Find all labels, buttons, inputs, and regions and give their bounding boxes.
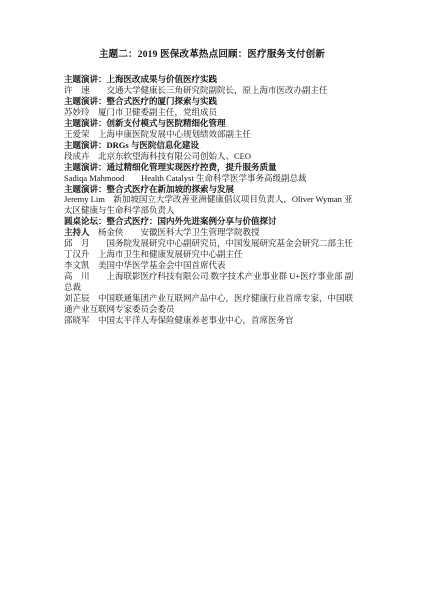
speaker-text: Sadiqa Mahmood Health Catalyst 生命科学医学事务高… xyxy=(64,173,306,183)
topic-header-text: 主题演讲：整合式医疗在新加坡的探索与发展 xyxy=(64,184,234,194)
speaker-line: Sadiqa Mahmood Health Catalyst 生命科学医学事务高… xyxy=(64,173,358,184)
topic-header-text: 主题演讲：创新支付模式与医院精细化管理 xyxy=(64,118,226,128)
panelist-line: 李文凯 美国中华医学基金会中国首席代表 xyxy=(64,260,358,271)
moderator-line: 主持人 杨金侠 安徽医科大学卫生管理学院教授 xyxy=(64,227,358,238)
moderator-label: 主持人 xyxy=(64,227,90,237)
topic-header-text: 主题演讲：DRGs 与医院信息化建设 xyxy=(64,140,199,150)
panelist-line: 邵晓军 中国太平洋人寿保险健康养老事业中心，首席医务官 xyxy=(64,315,358,326)
topic-header: 主题演讲：上海医改成果与价值医疗实践 xyxy=(64,74,358,85)
panelist-line: 邱 月 国务院发展研究中心副研究员，中国发展研究基金会研究二部主任 xyxy=(64,238,358,249)
topic-header: 主题演讲：整合式医疗在新加坡的探索与发展 xyxy=(64,184,358,195)
speaker-line: 王爱荣 上海申康医院发展中心规划绩效部副主任 xyxy=(64,129,358,140)
panelist-line: 丁汉升 上海市卫生和健康发展研究中心副主任 xyxy=(64,249,358,260)
speaker-text: 苏妙玲 厦门市卫健委副主任，党组成员 xyxy=(64,107,217,117)
speaker-line: 段成卉 北京东软望海科技有限公司创始人、CEO xyxy=(64,151,358,162)
moderator-text: 杨金侠 安徽医科大学卫生管理学院教授 xyxy=(90,227,260,237)
speaker-text: Jeremy Lim 新加坡国立大学改善亚洲健康倡议项目负责人，Oliver W… xyxy=(64,194,353,215)
topic-header: 主题演讲：整合式医疗的厦门探索与实践 xyxy=(64,96,358,107)
speaker-line: 许 速 交通大学健康长三角研究院副院长，原上海市医改办副主任 xyxy=(64,85,358,96)
topic-header-text: 主题演讲：通过精细化管理实现医疗控费，提升服务质量 xyxy=(64,162,277,172)
panelist-text: 丁汉升 上海市卫生和健康发展研究中心副主任 xyxy=(64,249,243,259)
panelist-text: 刘芷辰 中国联通集团产业互联网产品中心，医疗健康行业首席专家，中国联通产业互联网… xyxy=(64,293,353,314)
agenda-body: 主题演讲：上海医改成果与价值医疗实践 许 速 交通大学健康长三角研究院副院长，原… xyxy=(64,74,358,326)
topic-header: 主题演讲：创新支付模式与医院精细化管理 xyxy=(64,118,358,129)
topic-header-text: 主题演讲：整合式医疗的厦门探索与实践 xyxy=(64,96,217,106)
topic-header-text: 主题演讲：上海医改成果与价值医疗实践 xyxy=(64,74,217,84)
speaker-text: 许 速 交通大学健康长三角研究院副院长，原上海市医改办副主任 xyxy=(64,85,328,95)
speaker-text: 段成卉 北京东软望海科技有限公司创始人、CEO xyxy=(64,151,251,161)
panelist-text: 邱 月 国务院发展研究中心副研究员，中国发展研究基金会研究二部主任 xyxy=(64,238,353,248)
panelist-text: 邵晓军 中国太平洋人寿保险健康养老事业中心，首席医务官 xyxy=(64,315,294,325)
speaker-line: 苏妙玲 厦门市卫健委副主任，党组成员 xyxy=(64,107,358,118)
roundtable-header: 圆桌论坛：整合式医疗：国内外先进案例分享与价值探讨 xyxy=(64,216,358,227)
panelist-line: 刘芷辰 中国联通集团产业互联网产品中心，医疗健康行业首席专家，中国联通产业互联网… xyxy=(64,293,358,315)
speaker-text: 王爱荣 上海申康医院发展中心规划绩效部副主任 xyxy=(64,129,251,139)
topic-header: 主题演讲：DRGs 与医院信息化建设 xyxy=(64,140,358,151)
document-page: 主题二：2019 医保改革热点回顾：医疗服务支付创新 主题演讲：上海医改成果与价… xyxy=(0,0,424,600)
speaker-line: Jeremy Lim 新加坡国立大学改善亚洲健康倡议项目负责人，Oliver W… xyxy=(64,194,358,216)
page-title: 主题二：2019 医保改革热点回顾：医疗服务支付创新 xyxy=(0,0,424,61)
topic-header: 主题演讲：通过精细化管理实现医疗控费，提升服务质量 xyxy=(64,162,358,173)
panelist-text: 李文凯 美国中华医学基金会中国首席代表 xyxy=(64,260,226,270)
panelist-text: 高 川 上海联影医疗科技有限公司 数字技术产业事业群 U+医疗事业部 副总裁 xyxy=(64,271,353,292)
panelist-line: 高 川 上海联影医疗科技有限公司 数字技术产业事业群 U+医疗事业部 副总裁 xyxy=(64,271,358,293)
roundtable-header-text: 圆桌论坛：整合式医疗：国内外先进案例分享与价值探讨 xyxy=(64,216,277,226)
